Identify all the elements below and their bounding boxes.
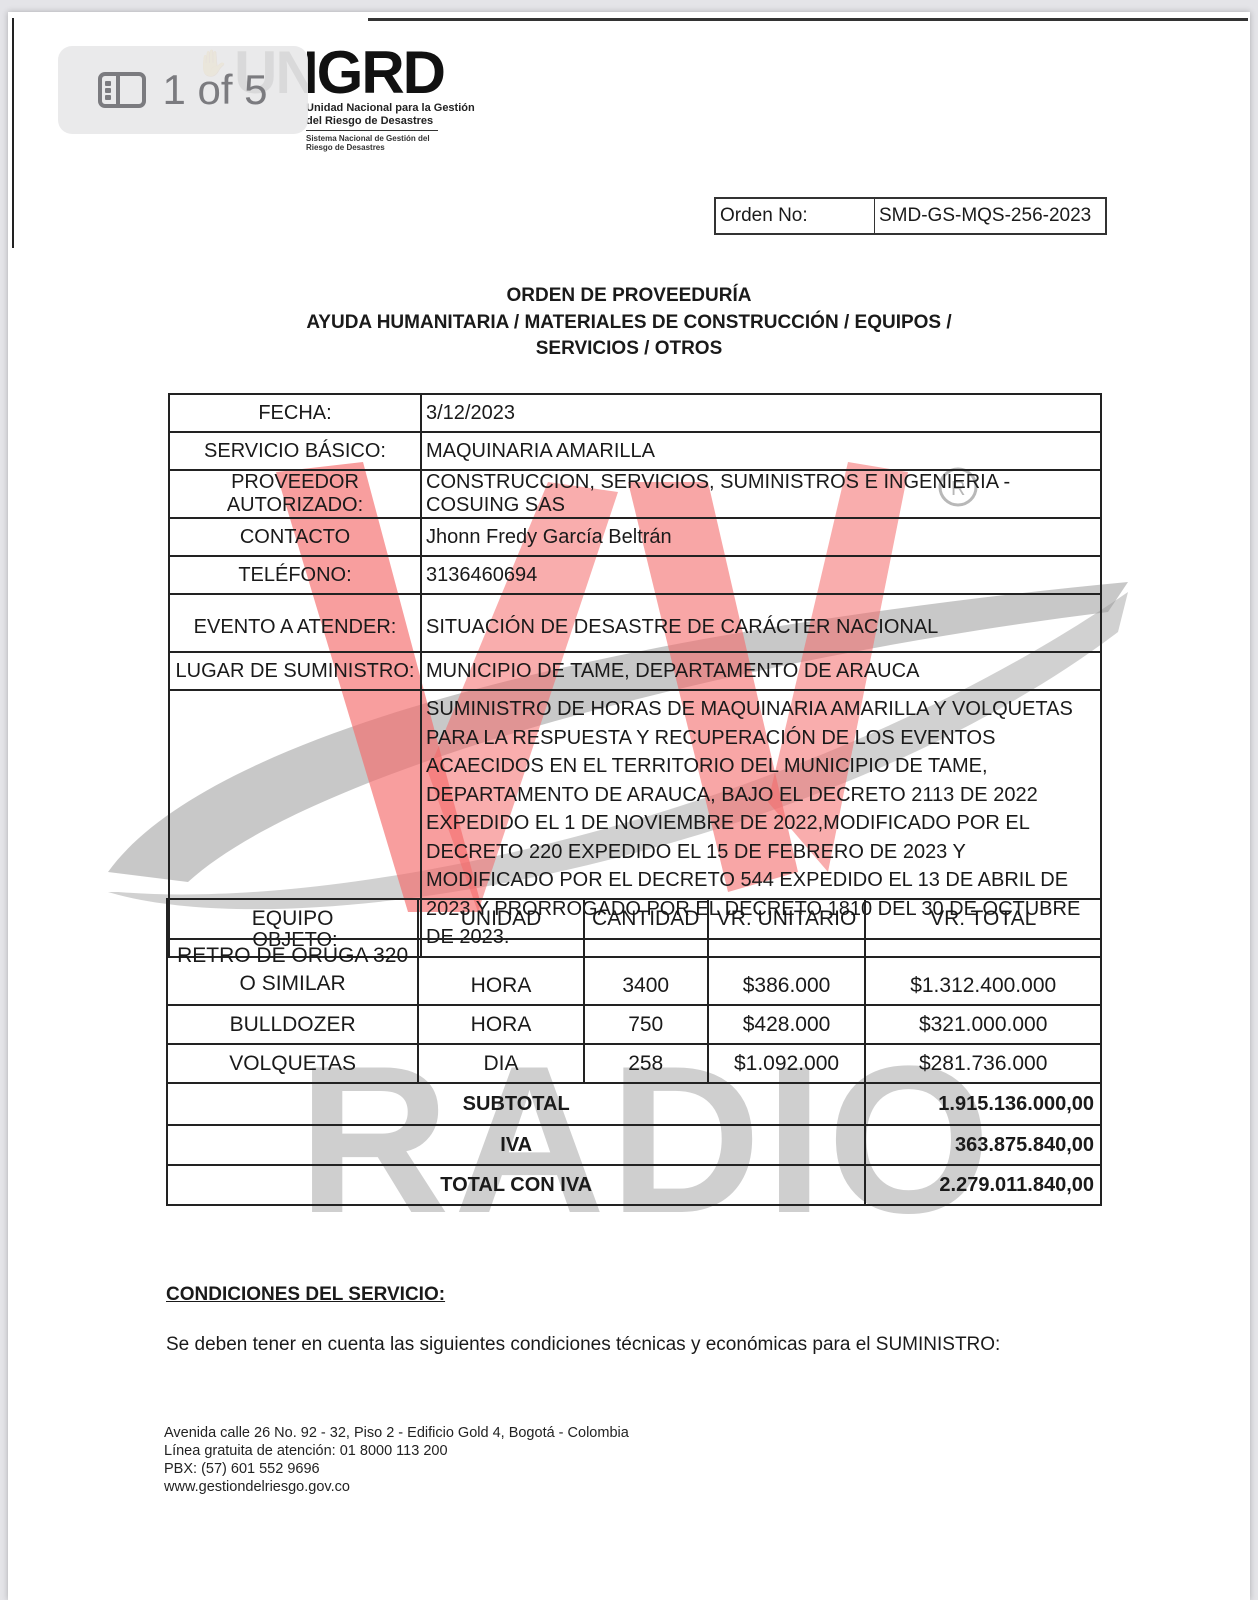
page-count: 1 of 5: [162, 66, 267, 114]
footer-website[interactable]: www.gestiondelriesgo.gov.co: [164, 1478, 629, 1496]
table-row: LUGAR DE SUMINISTRO:MUNICIPIO DE TAME, D…: [169, 652, 1101, 690]
table-row: CONTACTOJhonn Fredy García Beltrán: [169, 518, 1101, 556]
field-value: 3/12/2023: [421, 394, 1101, 432]
conditions-text: Se deben tener en cuenta las siguientes …: [166, 1334, 1000, 1356]
order-number-box: Orden No: SMD-GS-MQS-256-2023: [714, 197, 1107, 235]
field-label: SERVICIO BÁSICO:: [169, 432, 421, 470]
field-label: LUGAR DE SUMINISTRO:: [169, 652, 421, 690]
table-row: SERVICIO BÁSICO:MAQUINARIA AMARILLA: [169, 432, 1101, 470]
column-header: CANTIDAD: [584, 899, 708, 939]
logo-subtitle: Unidad Nacional para la Gestióndel Riesg…: [306, 102, 475, 128]
cantidad-cell: 750: [584, 1005, 708, 1044]
total-value: 2.279.011.840,00: [865, 1165, 1101, 1205]
field-label: FECHA:: [169, 394, 421, 432]
iva-row: IVA 363.875.840,00: [167, 1125, 1101, 1165]
logo-tagline: Sistema Nacional de Gestión del Riesgo d…: [306, 134, 456, 152]
unitario-cell: $1.092.000: [708, 1044, 866, 1083]
document-subtitle: AYUDA HUMANITARIA / MATERIALES DE CONSTR…: [8, 310, 1250, 336]
iva-label: IVA: [167, 1125, 865, 1165]
field-value: Jhonn Fredy García Beltrán: [421, 518, 1101, 556]
document-page: R RADIO ✋ UNGRD Unidad Nacional para la …: [8, 12, 1250, 1600]
order-number-value: SMD-GS-MQS-256-2023: [875, 199, 1105, 233]
column-header: VR. TOTAL: [865, 899, 1101, 939]
column-header: UNIDAD: [418, 899, 584, 939]
equipo-cell: RETRO DE ORUGA 320 O SIMILAR: [167, 939, 418, 1005]
column-header: VR. UNITARIO: [708, 899, 866, 939]
cantidad-cell: 258: [584, 1044, 708, 1083]
conditions-heading: CONDICIONES DEL SERVICIO:: [166, 1284, 445, 1306]
table-row: TELÉFONO:3136460694: [169, 556, 1101, 594]
sidebar-toggle-icon[interactable]: [98, 72, 146, 108]
unidad-cell: HORA: [418, 939, 584, 1005]
field-label: TELÉFONO:: [169, 556, 421, 594]
subtotal-row: SUBTOTAL 1.915.136.000,00: [167, 1083, 1101, 1125]
logo-divider: [306, 130, 438, 131]
subtotal-label: SUBTOTAL: [167, 1083, 865, 1125]
footer-address: Avenida calle 26 No. 92 - 32, Piso 2 - E…: [164, 1424, 629, 1442]
cantidad-cell: 3400: [584, 939, 708, 1005]
column-header: EQUIPO: [167, 899, 418, 939]
subtotal-value: 1.915.136.000,00: [865, 1083, 1101, 1125]
field-label: PROVEEDOR AUTORIZADO:: [169, 470, 421, 518]
items-table: EQUIPO UNIDAD CANTIDAD VR. UNITARIO VR. …: [166, 898, 1102, 1206]
unitario-cell: $428.000: [708, 1005, 866, 1044]
document-title: ORDEN DE PROVEEDURÍA: [8, 283, 1250, 309]
total-cell: $321.000.000: [865, 1005, 1101, 1044]
equipo-cell: BULLDOZER: [167, 1005, 418, 1044]
table-row: EVENTO A ATENDER:SITUACIÓN DE DESASTRE D…: [169, 594, 1101, 652]
table-row: PROVEEDOR AUTORIZADO:CONSTRUCCION, SERVI…: [169, 470, 1101, 518]
unidad-cell: HORA: [418, 1005, 584, 1044]
field-label: CONTACTO: [169, 518, 421, 556]
table-row: VOLQUETAS DIA 258 $1.092.000 $281.736.00…: [167, 1044, 1101, 1083]
field-value: SITUACIÓN DE DESASTRE DE CARÁCTER NACION…: [421, 594, 1101, 652]
unidad-cell: DIA: [418, 1044, 584, 1083]
document-subtitle-2: SERVICIOS / OTROS: [8, 336, 1250, 362]
field-value: 3136460694: [421, 556, 1101, 594]
table-header-row: EQUIPO UNIDAD CANTIDAD VR. UNITARIO VR. …: [167, 899, 1101, 939]
table-row: RETRO DE ORUGA 320 O SIMILAR HORA 3400 $…: [167, 939, 1101, 1005]
field-value: MAQUINARIA AMARILLA: [421, 432, 1101, 470]
total-row: TOTAL CON IVA 2.279.011.840,00: [167, 1165, 1101, 1205]
footer-hotline: Línea gratuita de atención: 01 8000 113 …: [164, 1442, 629, 1460]
order-number-label: Orden No:: [716, 199, 875, 233]
table-row: FECHA:3/12/2023: [169, 394, 1101, 432]
footer-contact: Avenida calle 26 No. 92 - 32, Piso 2 - E…: [164, 1424, 629, 1496]
order-info-table: FECHA:3/12/2023 SERVICIO BÁSICO:MAQUINAR…: [168, 393, 1102, 958]
total-label: TOTAL CON IVA: [167, 1165, 865, 1205]
table-row: BULLDOZER HORA 750 $428.000 $321.000.000: [167, 1005, 1101, 1044]
field-value: CONSTRUCCION, SERVICIOS, SUMINISTROS E I…: [421, 470, 1101, 518]
equipo-cell: VOLQUETAS: [167, 1044, 418, 1083]
total-cell: $281.736.000: [865, 1044, 1101, 1083]
total-cell: $1.312.400.000: [865, 939, 1101, 1005]
field-value: MUNICIPIO DE TAME, DEPARTAMENTO DE ARAUC…: [421, 652, 1101, 690]
field-label: EVENTO A ATENDER:: [169, 594, 421, 652]
iva-value: 363.875.840,00: [865, 1125, 1101, 1165]
footer-pbx: PBX: (57) 601 552 9696: [164, 1460, 629, 1478]
page-indicator[interactable]: 1 of 5: [58, 46, 308, 134]
unitario-cell: $386.000: [708, 939, 866, 1005]
